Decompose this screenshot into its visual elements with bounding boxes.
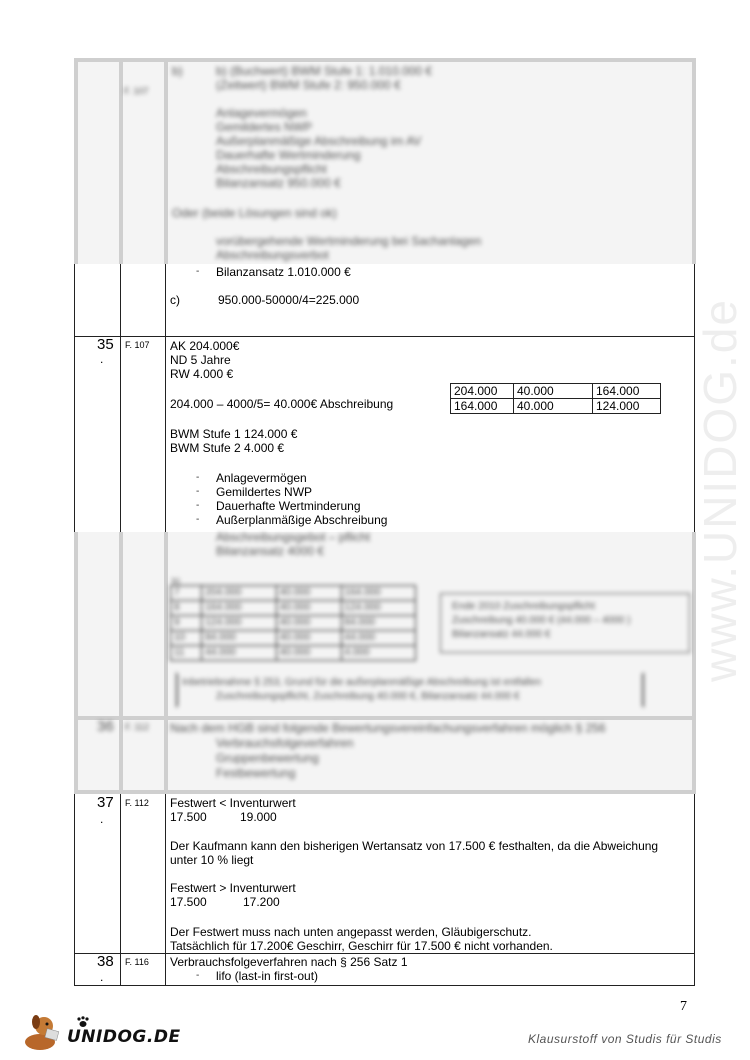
row37-number: 37 xyxy=(97,796,114,810)
row37-case2-text: Tatsächlich für 17.200€ Geschirr, Geschi… xyxy=(170,939,553,953)
row35-bullet: Gemildertes NWP xyxy=(216,485,312,499)
row34-part-c-label: c) xyxy=(170,293,180,307)
row35-bwm2: BWM Stufe 2 4.000 € xyxy=(170,441,284,455)
row38-ref: F. 116 xyxy=(125,955,149,969)
row37-case2-heading: Festwert > Inventurwert xyxy=(170,881,296,895)
row37-case2-festwert: 17.500 xyxy=(170,895,207,909)
row38-number: 38 xyxy=(97,955,114,969)
table-row: 164.000 40.000 124.000 xyxy=(451,399,661,414)
row37-case1-heading: Festwert < Inventurwert xyxy=(170,796,296,810)
footer-tagline: Klausurstoff von Studis für Studis xyxy=(528,1032,722,1046)
row35-bullet: Dauerhafte Wertminderung xyxy=(216,499,361,513)
row37-case1-festwert: 17.500 xyxy=(170,810,207,824)
dog-icon xyxy=(20,1012,64,1052)
page-number: 7 xyxy=(680,1000,687,1014)
row37-ref: F. 112 xyxy=(125,796,149,810)
row35-nd: ND 5 Jahre xyxy=(170,353,231,367)
row34-bilanzansatz: Bilanzansatz 1.010.000 € xyxy=(216,265,351,279)
row37-case1-inventurwert: 19.000 xyxy=(240,810,277,824)
row37-case2-inventurwert: 17.200 xyxy=(243,895,280,909)
row35-number: 35 xyxy=(97,338,114,352)
row35-bwm1: BWM Stufe 1 124.000 € xyxy=(170,427,297,441)
row35-bullet: Anlagevermögen xyxy=(216,471,307,485)
row37-case2-text: Der Festwert muss nach unten angepasst w… xyxy=(170,925,532,939)
unidog-logo: UNIDOG.DE xyxy=(20,1012,160,1054)
row38-heading: Verbrauchsfolgeverfahren nach § 256 Satz… xyxy=(170,955,408,969)
depreciation-table: 204.000 40.000 164.000 164.000 40.000 12… xyxy=(450,383,661,414)
row35-bullet: Außerplanmäßige Abschreibung xyxy=(216,513,387,527)
row38-bullet: lifo (last-in first-out) xyxy=(216,969,318,983)
watermark-text: www.UNIDOG.de xyxy=(693,298,747,682)
row35-ak: AK 204.000€ xyxy=(170,339,239,353)
row37-case1-text: unter 10 % liegt xyxy=(170,853,253,867)
row34-part-c-text: 950.000-50000/4=225.000 xyxy=(218,293,359,307)
row35-calc: 204.000 – 4000/5= 40.000€ Abschreibung xyxy=(170,397,393,411)
watermark: www.UNIDOG.de xyxy=(690,240,750,740)
row35-rw: RW 4.000 € xyxy=(170,367,233,381)
table-row: 204.000 40.000 164.000 xyxy=(451,384,661,399)
row35-ref: F. 107 xyxy=(125,338,150,352)
row37-case1-text: Der Kaufmann kann den bisherigen Wertans… xyxy=(170,839,658,853)
